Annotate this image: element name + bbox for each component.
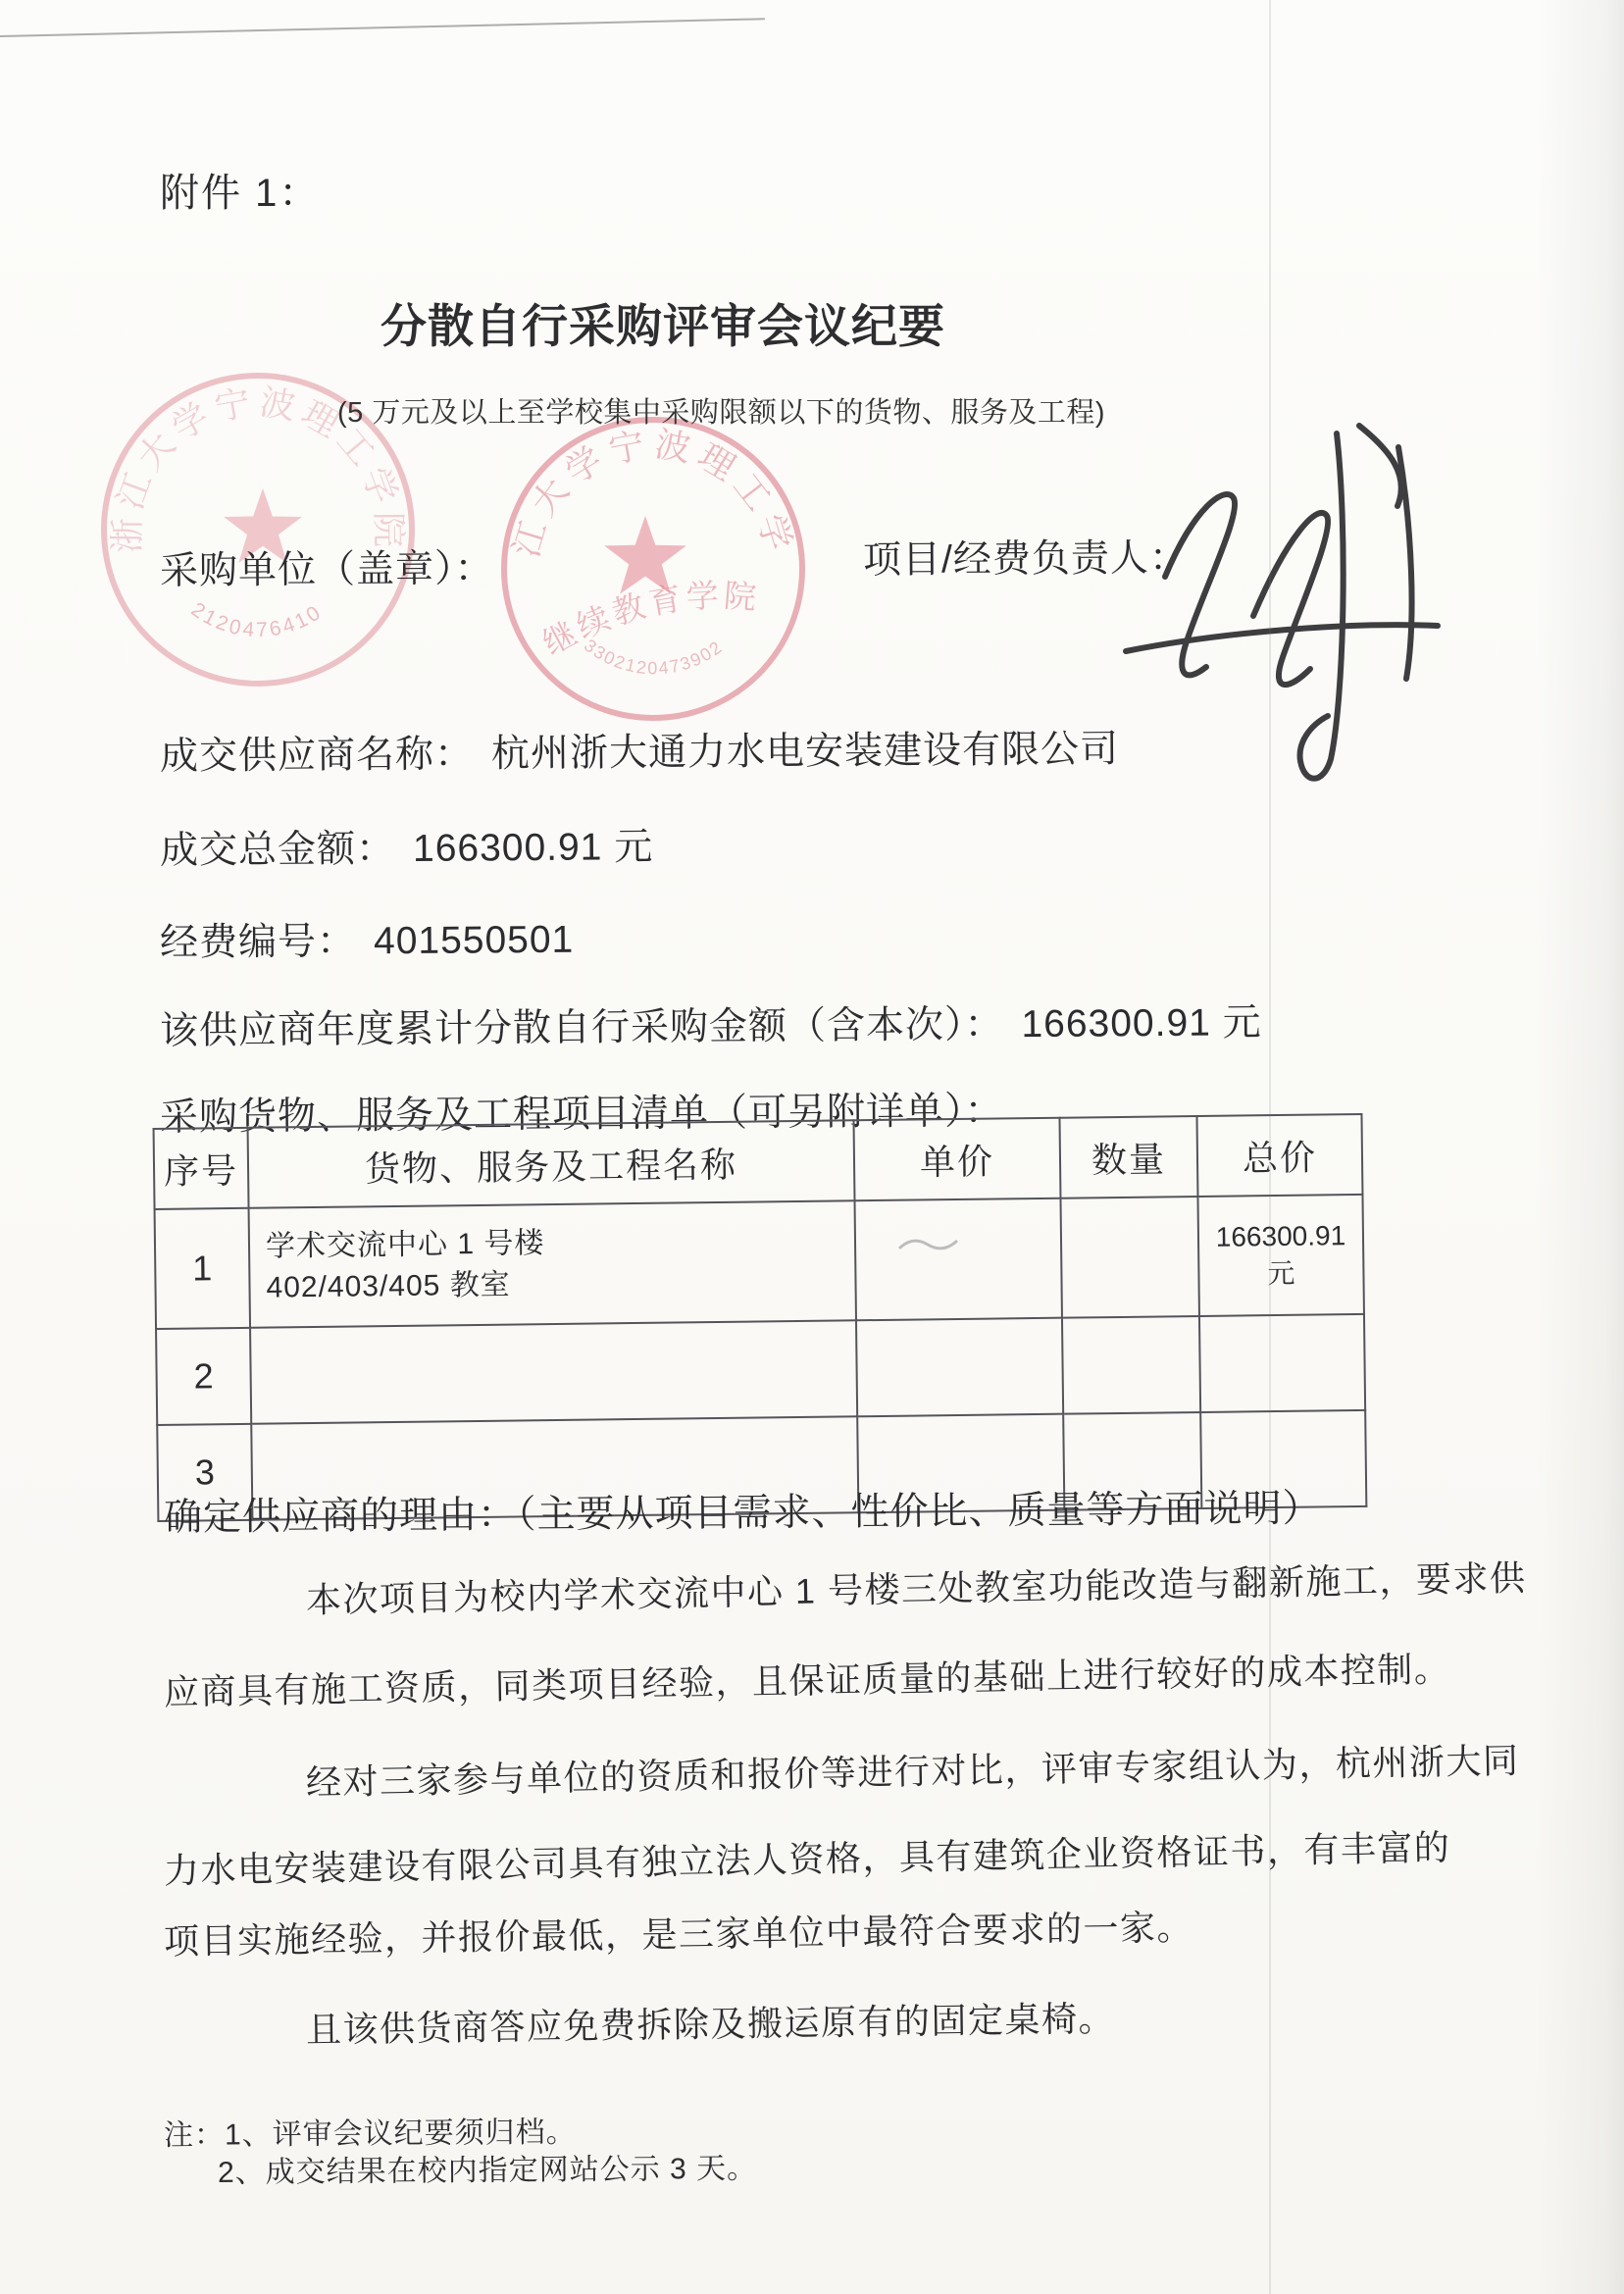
reason-paragraph2-line3: 项目实施经验，并报价最低，是三家单位中最符合要求的一家。 bbox=[164, 1900, 1194, 1964]
total-amount-field: 成交总金额：166300.91 元 bbox=[160, 816, 654, 875]
row1-name: 学术交流中心 1 号楼 402/403/405 教室 bbox=[249, 1200, 856, 1328]
supplier-label: 成交供应商名称： bbox=[160, 733, 474, 778]
official-seal-right-icon: 浙江大学宁波理工学院 继续教育学院 3302120473902 bbox=[490, 410, 824, 743]
col-header-unit-price: 单价 bbox=[854, 1118, 1061, 1201]
attachment-label: 附件 1： bbox=[160, 162, 320, 218]
row2-unit-price bbox=[856, 1318, 1063, 1417]
reason-paragraph1-line2: 应商具有施工资质，同类项目经验，且保证质量的基础上进行较好的成本控制。 bbox=[164, 1642, 1451, 1715]
row2-total bbox=[1199, 1314, 1365, 1412]
document-title: 分散自行采购评审会议纪要 bbox=[381, 290, 945, 356]
budget-number-field: 经费编号：401550501 bbox=[160, 909, 575, 967]
supplier-value: 杭州浙大通力水电安装建设有限公司 bbox=[491, 728, 1119, 775]
seal-right-center-text: 继续教育学院 bbox=[536, 577, 761, 662]
annual-total-label: 该供应商年度累计分散自行采购金额（含本次）： bbox=[160, 1003, 1004, 1052]
seal-right-number: 3302120473902 bbox=[581, 636, 727, 678]
supplier-field: 成交供应商名称：杭州浙大通力水电安装建设有限公司 bbox=[160, 718, 1119, 781]
budget-number-value: 401550501 bbox=[374, 919, 575, 963]
total-amount-value: 166300.91 元 bbox=[413, 826, 654, 870]
scan-artifact-hairline bbox=[0, 18, 765, 37]
scanned-document-page: 浙江大学宁波理工学院 2120476410 浙江大学宁波理工学院 继续教育学院 … bbox=[0, 0, 1624, 2294]
reason-paragraph1-line1: 本次项目为校内学术交流中心 1 号楼三处教室功能改造与翻新施工，要求供 bbox=[306, 1551, 1527, 1623]
col-header-name: 货物、服务及工程名称 bbox=[248, 1120, 855, 1208]
svg-text:2120476410: 2120476410 bbox=[187, 598, 327, 641]
handwritten-signature bbox=[1106, 420, 1449, 802]
annual-total-value: 166300.91 元 bbox=[1021, 1001, 1262, 1045]
note-line2: 2、成交结果在校内指定网站公示 3 天。 bbox=[218, 2144, 757, 2191]
row1-index: 1 bbox=[155, 1208, 250, 1329]
reason-paragraph2-line2: 力水电安装建设有限公司具有独立法人资格，具有建筑企业资格证书，有丰富的 bbox=[164, 1820, 1451, 1894]
table-row: 2 bbox=[156, 1314, 1365, 1425]
row1-unit-price bbox=[855, 1198, 1062, 1321]
table-header-row: 序号 货物、服务及工程名称 单价 数量 总价 bbox=[154, 1114, 1363, 1209]
col-header-total: 总价 bbox=[1196, 1114, 1362, 1197]
row2-index: 2 bbox=[156, 1328, 251, 1425]
svg-text:继续教育学院: 继续教育学院 bbox=[536, 577, 761, 662]
svg-text:3302120473902: 3302120473902 bbox=[581, 636, 727, 678]
table-row: 1 学术交流中心 1 号楼 402/403/405 教室 166300.91 元 bbox=[155, 1195, 1364, 1329]
col-header-quantity: 数量 bbox=[1059, 1116, 1197, 1198]
total-amount-label: 成交总金额： bbox=[160, 828, 395, 872]
row2-quantity bbox=[1062, 1316, 1200, 1414]
row1-total-value: 166300.91 元 bbox=[1199, 1218, 1363, 1293]
row1-total: 166300.91 元 bbox=[1197, 1195, 1363, 1316]
reason-paragraph2-line1: 经对三家参与单位的资质和报价等进行对比，评审专家组认为，杭州浙大同 bbox=[306, 1733, 1520, 1806]
row1-name-line2: 402/403/405 教室 bbox=[266, 1260, 854, 1308]
budget-number-label: 经费编号： bbox=[160, 920, 356, 964]
purchasing-unit-label: 采购单位（盖章）： bbox=[160, 537, 494, 595]
document-subtitle: (5 万元及以上至学校集中采购限额以下的货物、服务及工程) bbox=[337, 390, 1105, 431]
procurement-items-table: 序号 货物、服务及工程名称 单价 数量 总价 1 学术交流中心 1 号楼 402… bbox=[153, 1113, 1368, 1522]
pen-smudge-mark bbox=[897, 1232, 960, 1257]
annual-total-field: 该供应商年度累计分散自行采购金额（含本次）：166300.91 元 bbox=[160, 992, 1262, 1055]
seal-left-number: 2120476410 bbox=[187, 598, 327, 641]
col-header-index: 序号 bbox=[154, 1128, 249, 1209]
row1-quantity bbox=[1060, 1197, 1198, 1318]
row2-name bbox=[250, 1320, 857, 1424]
row1-name-line1: 学术交流中心 1 号楼 bbox=[266, 1219, 854, 1267]
reason-paragraph3: 且该供货商答应免费拆除及搬运原有的固定桌椅。 bbox=[306, 1991, 1116, 2053]
reason-heading: 确定供应商的理由：（主要从项目需求、性价比、质量等方面说明） bbox=[164, 1478, 1322, 1542]
